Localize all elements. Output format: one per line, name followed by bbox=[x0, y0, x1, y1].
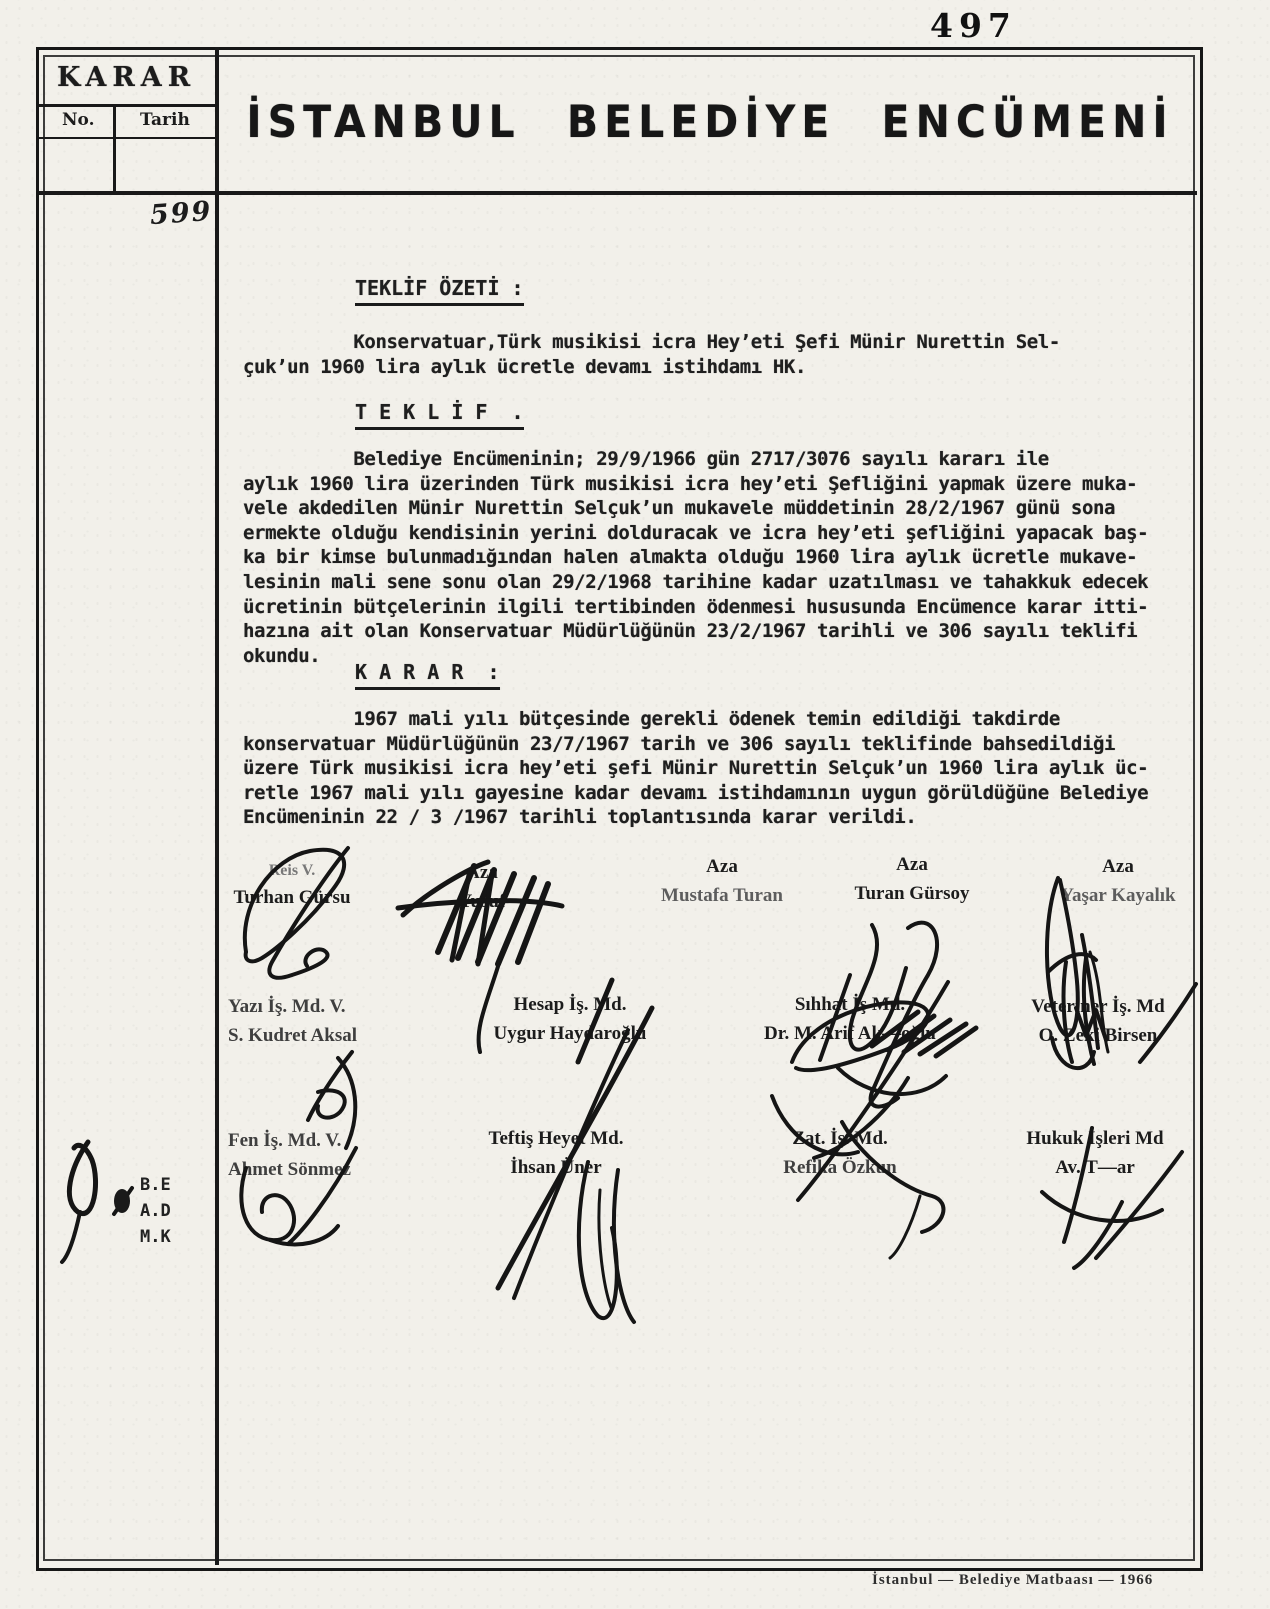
signature-block-hukuk-isleri: Hukuk İşleri Md Av. T—ar bbox=[1026, 1128, 1163, 1179]
signature-block-fen-isleri: Fen İş. Md. V. Ahmet Sönmez bbox=[228, 1130, 351, 1181]
signature-name: Yusuf bbox=[459, 891, 506, 913]
signature-block-aza-yasar-kayalik: Aza Yaşar Kayalık bbox=[1060, 856, 1175, 907]
signature-name: Ahmet Sönmez bbox=[228, 1159, 351, 1181]
signature-role: Veteriner İş. Md bbox=[1031, 996, 1165, 1018]
signature-role: Yazı İş. Md. V. bbox=[228, 996, 357, 1018]
signature-name: O. Zeki Birsen bbox=[1031, 1025, 1165, 1047]
karar-box-rule-top bbox=[39, 104, 215, 107]
printer-imprint: İstanbul — Belediye Matbaası — 1966 bbox=[872, 1572, 1153, 1589]
karar-tarih-label: Tarih bbox=[140, 110, 190, 130]
signature-name: Turhan Gürsu bbox=[233, 887, 350, 909]
section-heading-teklif: T E K L İ F . bbox=[355, 400, 524, 430]
signature-role: Teftiş Heyet Md. bbox=[489, 1128, 624, 1150]
signature-role: Fen İş. Md. V. bbox=[228, 1130, 351, 1152]
signature-role: Aza bbox=[661, 856, 783, 878]
signature-name: Av. T—ar bbox=[1026, 1157, 1163, 1179]
signature-name: Mustafa Turan bbox=[661, 885, 783, 907]
signature-role: Hukuk İşleri Md bbox=[1026, 1128, 1163, 1150]
karar-box-title: KARAR bbox=[57, 62, 196, 93]
signature-role: Reis V. bbox=[233, 862, 350, 880]
signature-name: Uygur Haydaroğlu bbox=[494, 1023, 647, 1045]
signature-block-aza-turan-gursoy: Aza Turan Gürsoy bbox=[855, 854, 970, 905]
signature-name: Turan Gürsoy bbox=[855, 883, 970, 905]
signature-block-zat-isleri: Zat. İş. Md. Refika Özkun bbox=[783, 1128, 897, 1179]
signature-block-aza-mustafa-turan: Aza Mustafa Turan bbox=[661, 856, 783, 907]
signature-block-aza-yusuf: Aza Yusuf bbox=[459, 862, 506, 913]
signature-block-sihhat-isleri: Sıhhat İş Md. Dr. M. Arif Ak—oğlu bbox=[764, 994, 936, 1045]
page-title: İSTANBUL BELEDİYE ENCÜMENİ bbox=[246, 96, 1173, 148]
section-heading-teklif-ozeti: TEKLİF ÖZETİ : bbox=[355, 276, 524, 306]
signature-block-reis: Reis V. Turhan Gürsu bbox=[233, 862, 350, 909]
signature-role: Sıhhat İş Md. bbox=[764, 994, 936, 1016]
signature-block-yazi-isleri: Yazı İş. Md. V. S. Kudret Aksal bbox=[228, 996, 357, 1047]
left-column-divider bbox=[215, 47, 219, 1565]
signature-name: S. Kudret Aksal bbox=[228, 1025, 357, 1047]
section-heading-karar: K A R A R : bbox=[355, 660, 500, 690]
signature-role: Aza bbox=[459, 862, 506, 884]
karar-no-label: No. bbox=[62, 110, 95, 130]
signature-role: Aza bbox=[1060, 856, 1175, 878]
karar-box-column-divider bbox=[113, 104, 116, 193]
decision-number-handwritten: 599 bbox=[149, 196, 213, 231]
signature-name: Refika Özkun bbox=[783, 1157, 897, 1179]
karar-box-rule-bottom bbox=[39, 137, 215, 139]
karar-paragraph: 1967 mali yılı bütçesinde gerekli ödenek… bbox=[243, 707, 1228, 830]
signature-block-teftis-heyeti: Teftiş Heyet Md. İhsan Üner bbox=[489, 1128, 624, 1179]
signature-role: Zat. İş. Md. bbox=[783, 1128, 897, 1150]
signature-block-veteriner-isleri: Veteriner İş. Md O. Zeki Birsen bbox=[1031, 996, 1165, 1047]
signature-name: İhsan Üner bbox=[489, 1157, 624, 1179]
signature-role: Hesap İş. Md. bbox=[494, 994, 647, 1016]
title-underline-rule bbox=[39, 191, 1197, 195]
signature-block-hesap-isleri: Hesap İş. Md. Uygur Haydaroğlu bbox=[494, 994, 647, 1045]
page-number: 497 bbox=[930, 6, 1017, 45]
margin-initials: B.E A.D M.K bbox=[140, 1172, 171, 1250]
teklif-paragraph: Belediye Encümeninin; 29/9/1966 gün 2717… bbox=[243, 447, 1228, 668]
teklif-ozeti-paragraph: Konservatuar,Türk musikisi icra Hey’eti … bbox=[243, 330, 1228, 379]
signature-name: Dr. M. Arif Ak—oğlu bbox=[764, 1023, 936, 1045]
signature-name: Yaşar Kayalık bbox=[1060, 885, 1175, 907]
scanned-decision-document: { "page": { "number": "497", "footer": "… bbox=[0, 0, 1270, 1609]
signature-role: Aza bbox=[855, 854, 970, 876]
